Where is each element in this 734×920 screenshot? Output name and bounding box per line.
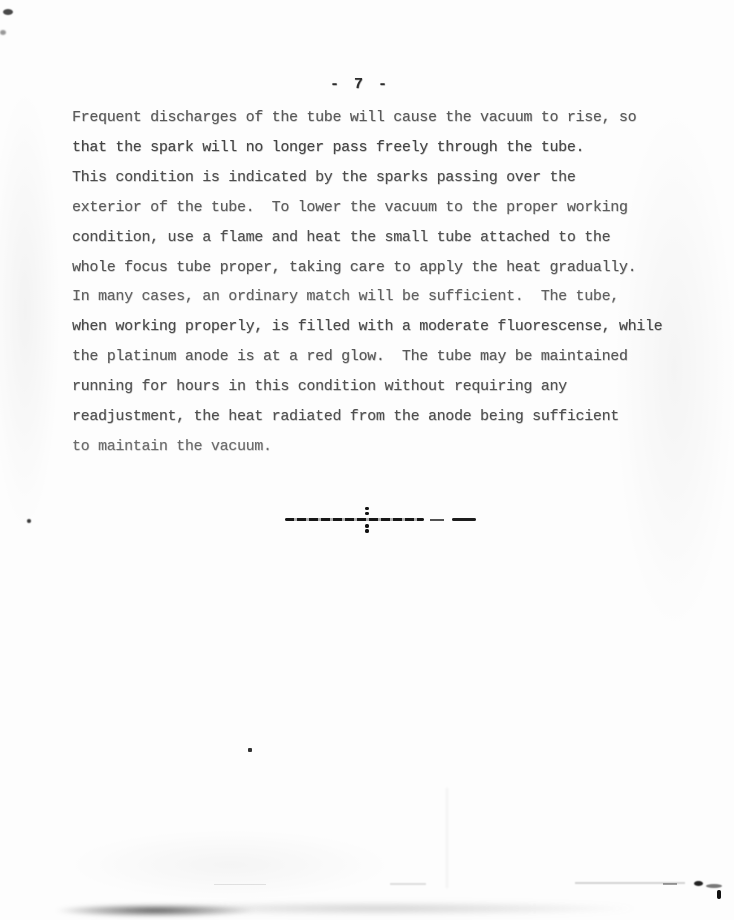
text-line: In many cases, an ordinary match will be… <box>72 282 662 312</box>
ink-speck <box>27 519 31 523</box>
text-line: that the spark will no longer pass freel… <box>72 133 662 163</box>
body-text: Frequent discharges of the tube will cau… <box>72 103 662 462</box>
divider-dot <box>365 529 369 533</box>
ink-speck <box>3 9 13 15</box>
text-line: whole focus tube proper, taking care to … <box>72 253 662 283</box>
ink-speck <box>717 890 721 899</box>
divider-dash-short <box>430 519 444 521</box>
ink-speck <box>694 881 703 886</box>
paper-shading <box>70 830 390 900</box>
divider-dot <box>365 524 369 528</box>
scanned-document-page: - 7 - Frequent discharges of the tube wi… <box>0 0 734 920</box>
divider-dash-end <box>452 518 476 521</box>
text-line: Frequent discharges of the tube will cau… <box>72 103 662 133</box>
typed-section-divider <box>285 505 480 537</box>
page-number: - 7 - <box>0 76 720 93</box>
scan-bottom-smudge <box>120 902 640 915</box>
paper-shading <box>0 90 60 530</box>
scan-edge-line <box>390 883 426 885</box>
ink-speck <box>663 883 677 885</box>
text-line: This condition is indicated by the spark… <box>72 163 662 193</box>
text-line: readjustment, the heat radiated from the… <box>72 402 662 432</box>
scan-crease <box>446 788 448 888</box>
scan-bottom-smudge <box>55 904 255 917</box>
text-line: condition, use a flame and heat the smal… <box>72 223 662 253</box>
ink-speck <box>0 30 6 35</box>
scan-edge-line <box>214 884 266 885</box>
text-line: exterior of the tube. To lower the vacuu… <box>72 193 662 223</box>
ink-speck <box>706 884 722 888</box>
ink-speck <box>248 748 252 752</box>
divider-dot <box>365 512 369 516</box>
divider-dot <box>365 507 369 511</box>
text-line: running for hours in this condition with… <box>72 372 662 402</box>
scan-edge-line <box>575 882 685 884</box>
text-line: when working properly, is filled with a … <box>72 312 662 342</box>
text-line: to maintain the vacuum. <box>72 432 662 462</box>
text-line: the platinum anode is at a red glow. The… <box>72 342 662 372</box>
divider-dash-line <box>285 518 424 521</box>
